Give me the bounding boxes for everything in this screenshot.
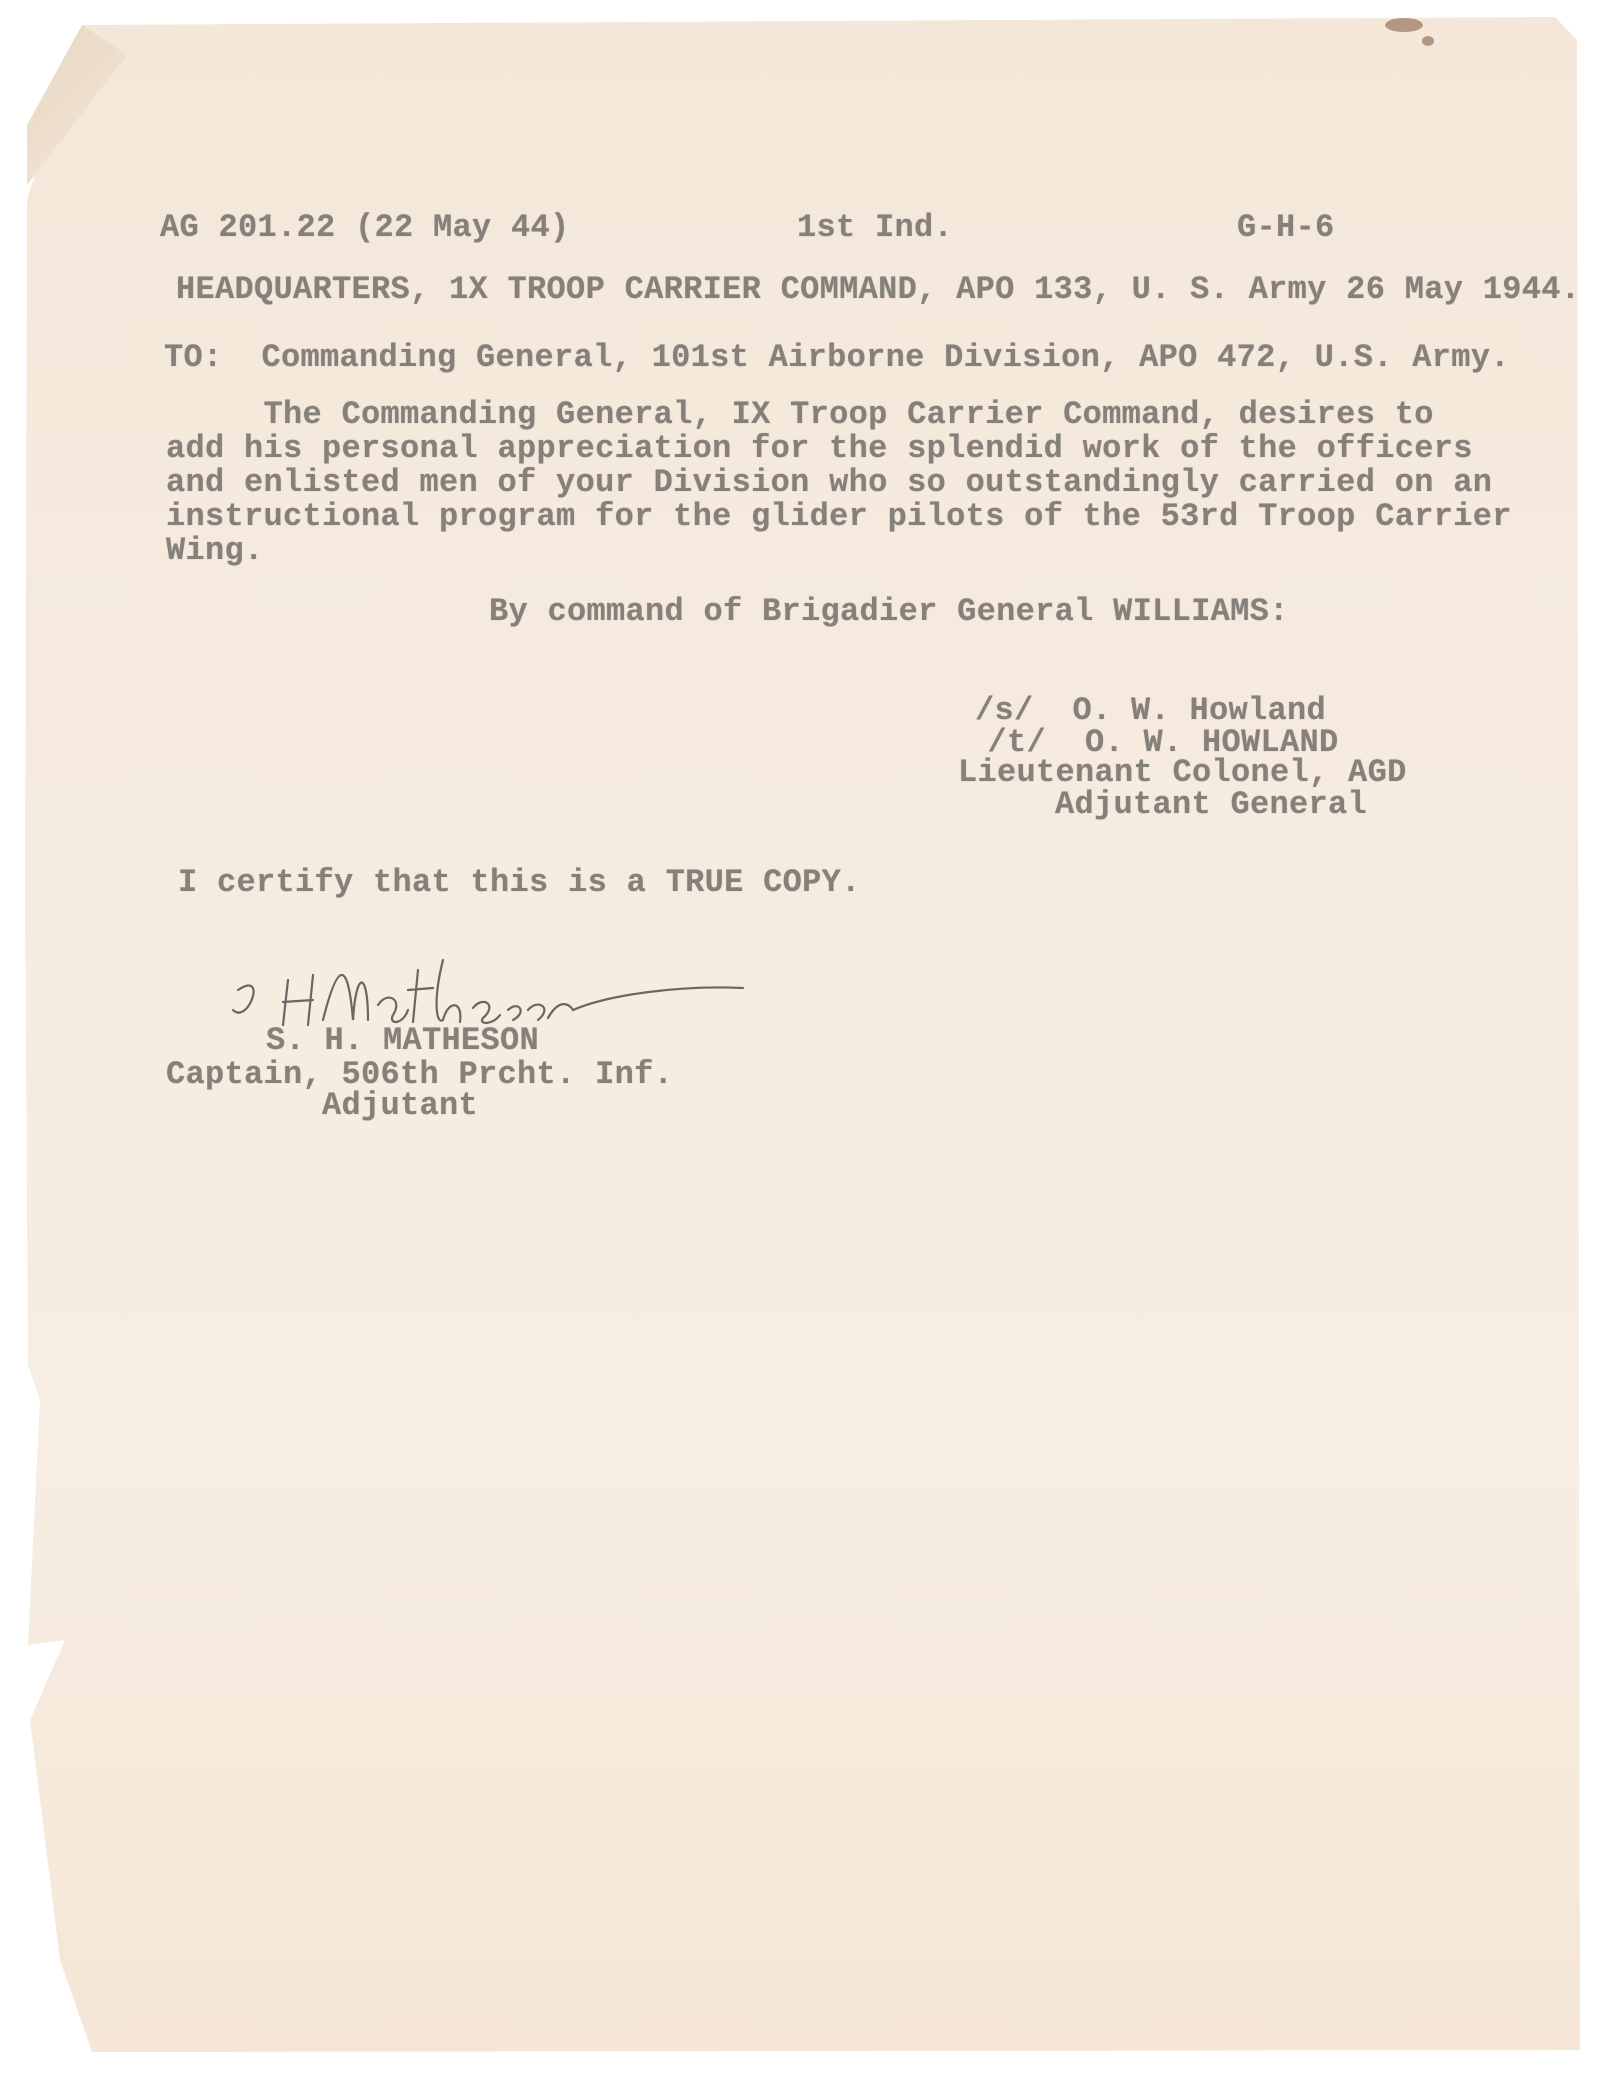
- signer-title: Adjutant General: [1055, 788, 1367, 822]
- stain-mark: [1385, 18, 1423, 32]
- signed-name: /s/ O. W. Howland: [975, 694, 1326, 728]
- body-line: add his personal appreciation for the sp…: [166, 432, 1473, 466]
- file-reference: AG 201.22 (22 May 44): [160, 211, 570, 245]
- by-command-line: By command of Brigadier General WILLIAMS…: [489, 595, 1289, 629]
- body-line: The Commanding General, IX Troop Carrier…: [166, 398, 1434, 432]
- signer-rank: Lieutenant Colonel, AGD: [958, 756, 1407, 790]
- stain-mark: [1422, 36, 1434, 46]
- body-line: and enlisted men of your Division who so…: [166, 466, 1492, 500]
- certifier-title: Adjutant: [322, 1089, 478, 1123]
- document-code: G-H-6: [1237, 211, 1335, 245]
- certification-line: I certify that this is a TRUE COPY.: [178, 866, 861, 900]
- body-line: instructional program for the glider pil…: [166, 500, 1512, 534]
- certifier-name: S. H. MATHESON: [266, 1024, 539, 1058]
- indorsement-label: 1st Ind.: [797, 211, 953, 245]
- to-line: TO: Commanding General, 101st Airborne D…: [164, 341, 1510, 375]
- body-line: Wing.: [166, 534, 264, 568]
- origin-line: HEADQUARTERS, 1X TROOP CARRIER COMMAND, …: [176, 273, 1580, 307]
